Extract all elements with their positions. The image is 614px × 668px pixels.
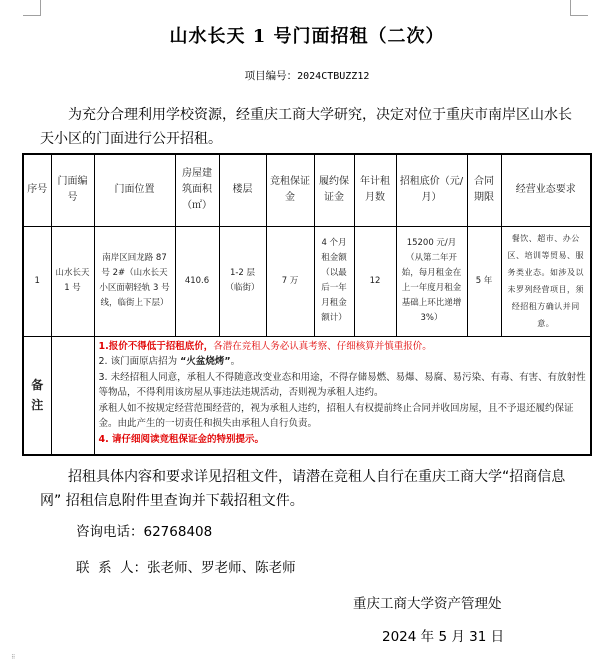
cell-area: 410.6 [175,226,219,336]
header-performance-deposit: 履约保证金 [314,154,354,226]
consult-phone: 咨询电话：62768408 [76,520,212,540]
signer-department: 重庆工商大学资产管理处 [353,592,502,612]
header-area: 房屋建筑面积（㎡） [175,154,219,226]
header-no: 序号 [23,154,51,226]
cell-base-price: 15200 元/月（从第二年开始，每月租金在上一年度月租金基础上环比递增 3%） [396,226,467,336]
contact-persons: 联 系 人：张老师、罗老师、陈老师 [76,556,296,576]
header-shop-id: 门面编号 [51,154,94,226]
page-corner-mark-right [570,0,588,16]
cell-location: 南岸区回龙路 87 号 2#（山水长天小区面朝轻轨 3 号线，临街上下层） [94,226,175,336]
cell-months: 12 [354,226,396,336]
table-header-row: 序号 门面编号 门面位置 房屋建筑面积（㎡） 楼层 竞租保证金 履约保证金 年计… [23,154,591,226]
header-base-price: 招租底价（元/月） [396,154,467,226]
project-number: 项目编号：2024CTBUZZ12 [0,68,614,83]
header-location: 门面位置 [94,154,175,226]
cell-bid-deposit: 7 万 [266,226,314,336]
project-number-label: 项目编号： [245,70,298,82]
header-months: 年计租月数 [354,154,396,226]
header-bid-deposit: 竞租保证金 [266,154,314,226]
closing-text: 招租具体内容和要求详见招租文件，请潜在竞租人自行在重庆工商大学“招商信息网” 招… [40,469,565,509]
remarks-content: 1.报价不得低于招租底价，各潜在竞租人务必认真考察、仔细核算并慎重报价。 2. … [94,336,591,455]
remark-2: 2. 该门面原店招为 “火盆烧烤”。 [99,354,587,370]
table-row: 1 山水长天 1 号 南岸区回龙路 87 号 2#（山水长天小区面朝轻轨 3 号… [23,226,591,336]
cell-shop-id: 山水长天 1 号 [51,226,94,336]
header-term: 合同期限 [467,154,501,226]
header-floor: 楼层 [219,154,266,226]
remark-4: 4. 请仔细阅读竞租保证金的特别提示。 [99,432,587,448]
document-date: 2024 年 5 月 31 日 [382,625,504,645]
cell-business: 餐饮、超市、办公区、培训等贸易、服务类业态。如涉及以未罗列经营项目，须经招租方确… [501,226,591,336]
document-title: 山水长天 1 号门面招租（二次） [0,22,614,48]
remarks-label: 备注 [23,336,51,455]
header-business: 经营业态要求 [501,154,591,226]
remark-1: 1.报价不得低于招租底价，各潜在竞租人务必认真考察、仔细核算并慎重报价。 [99,339,587,355]
remark-3: 3. 未经招租人同意，承租人不得随意改变业态和用途，不得存储易燃、易爆、易腐、易… [99,370,587,401]
intro-text: 为充分合理利用学校资源，经重庆工商大学研究，决定对位于重庆市南岸区山水长天小区的… [40,107,572,147]
closing-paragraph: 招租具体内容和要求详见招租文件，请潜在竞租人自行在重庆工商大学“招商信息网” 招… [40,465,580,513]
cell-floor: 1-2 层（临街） [219,226,266,336]
project-number-code: 2024CTBUZZ12 [297,71,369,82]
remarks-row: 备注 1.报价不得低于招租底价，各潜在竞租人务必认真考察、仔细核算并慎重报价。 … [23,336,591,455]
cell-term: 5 年 [467,226,501,336]
remarks-empty-cell [51,336,94,455]
cell-performance-deposit: 4 个月租金额（以最后一年月租金额计） [314,226,354,336]
page-corner-mark-left [23,0,41,16]
drag-handle-icon[interactable]: ⠿ [11,656,19,664]
cell-no: 1 [23,226,51,336]
remark-3b: 承租人如不按规定经营范围经营的，视为承租人违约，招租人有权提前终止合同并收回房屋… [99,401,587,432]
rental-table: 序号 门面编号 门面位置 房屋建筑面积（㎡） 楼层 竞租保证金 履约保证金 年计… [22,153,592,456]
intro-paragraph: 为充分合理利用学校资源，经重庆工商大学研究，决定对位于重庆市南岸区山水长天小区的… [40,103,580,151]
